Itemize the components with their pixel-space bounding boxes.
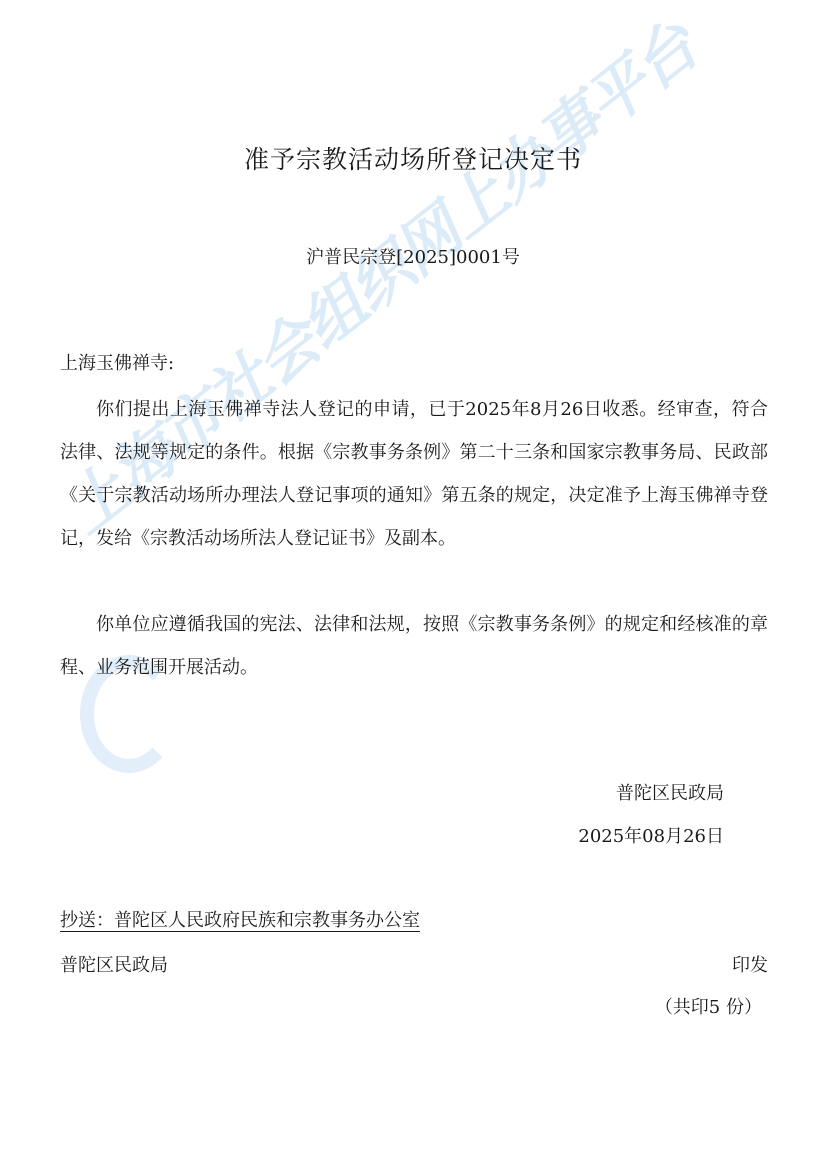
body-paragraph-1: 你们提出上海玉佛禅寺法人登记的申请，已于2025年8月26日收悉。经审查，符合法…	[60, 388, 768, 560]
issuer: 普陀区民政局	[60, 951, 168, 977]
signature-organization: 普陀区民政局	[616, 779, 724, 805]
body-paragraph-2: 你单位应遵循我国的宪法、法律和法规，按照《宗教事务条例》的规定和经核准的章程、业…	[60, 603, 768, 689]
issued-label: 印发	[732, 951, 768, 977]
cc-line: 抄送：普陀区人民政府民族和宗教事务办公室	[60, 906, 420, 932]
addressee: 上海玉佛禅寺:	[60, 349, 174, 375]
copies-count: （共印5 份）	[655, 993, 762, 1019]
document-number: 沪普民宗登[2025]0001号	[0, 243, 826, 269]
signature-date: 2025年08月26日	[578, 822, 724, 848]
document-title: 准予宗教活动场所登记决定书	[0, 140, 826, 176]
